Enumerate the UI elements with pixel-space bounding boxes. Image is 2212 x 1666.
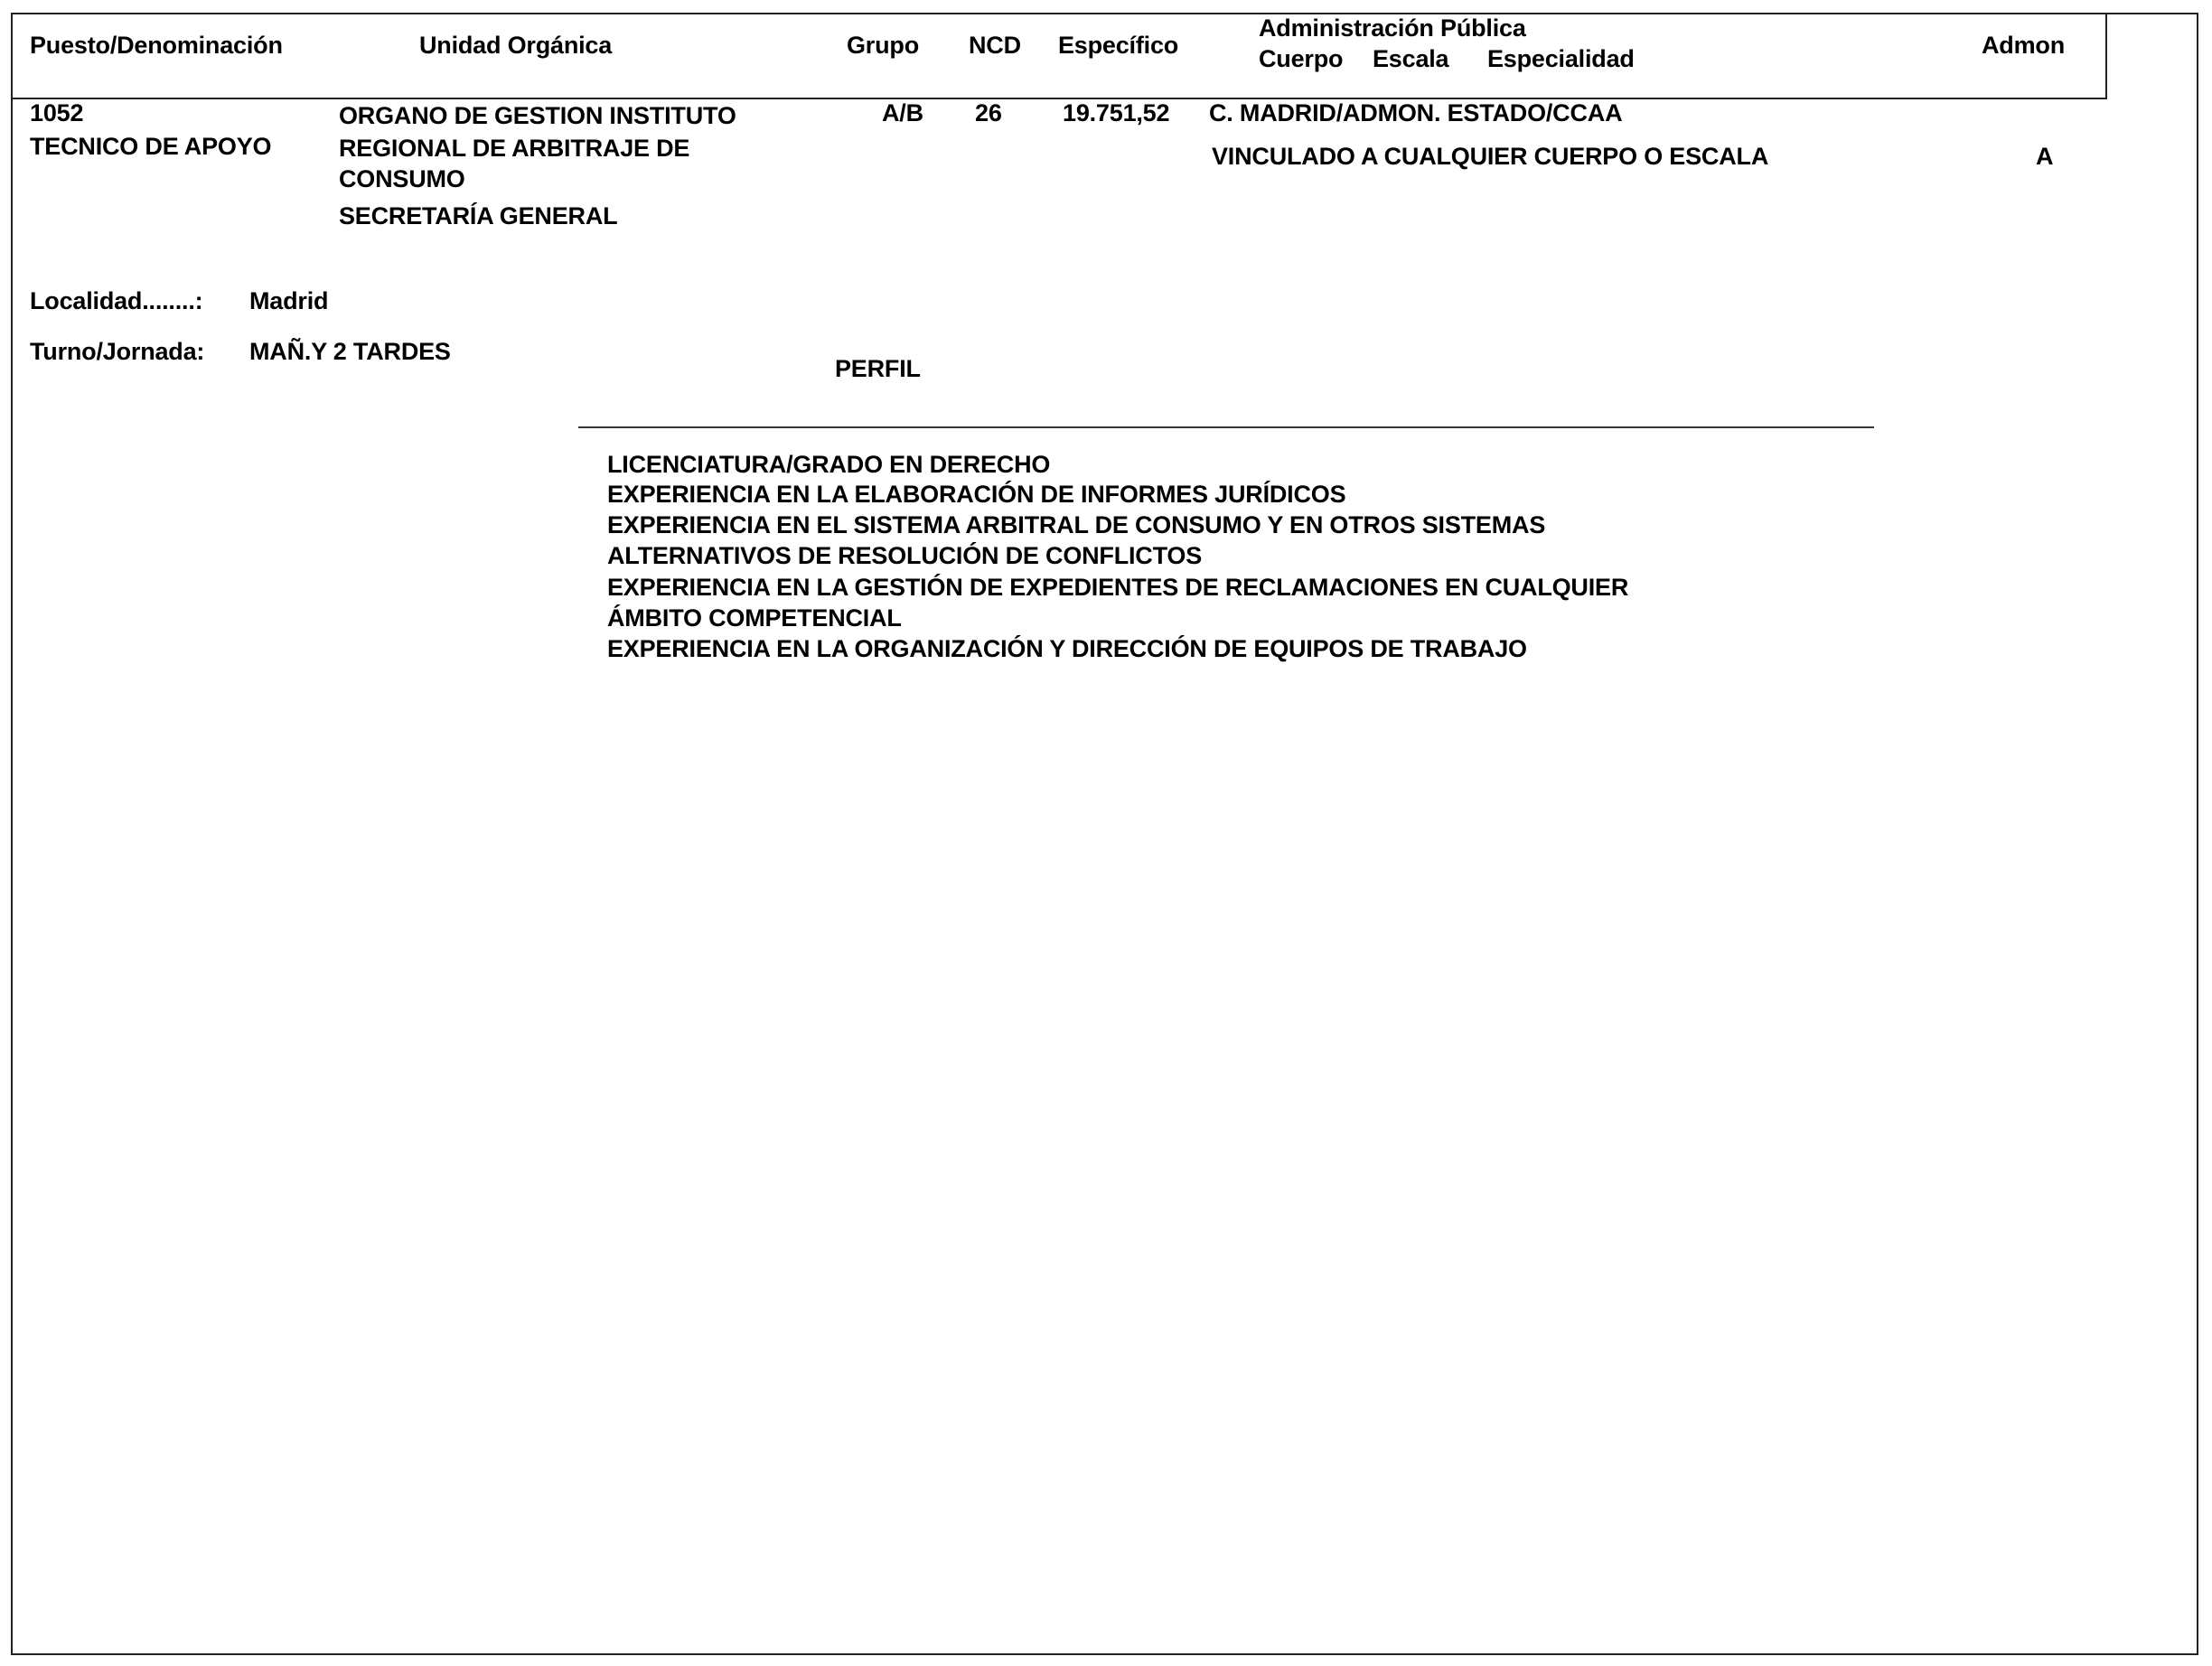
column-header-ncd: NCD — [969, 32, 1021, 59]
perfil-line: LICENCIATURA/GRADO EN DERECHO — [607, 451, 1050, 478]
perfil-divider — [578, 426, 1874, 428]
column-header-cuerpo: Cuerpo — [1259, 45, 1343, 72]
unidad-sub: SECRETARÍA GENERAL — [339, 202, 617, 229]
cuerpo-escala-value: VINCULADO A CUALQUIER CUERPO O ESCALA — [1212, 143, 1768, 170]
localidad-label: Localidad........: — [30, 287, 202, 314]
turno-value: MAÑ.Y 2 TARDES — [249, 338, 451, 365]
puesto-codigo: 1052 — [30, 99, 83, 126]
perfil-line: EXPERIENCIA EN LA ORGANIZACIÓN Y DIRECCI… — [607, 635, 1527, 662]
perfil-line: EXPERIENCIA EN LA ELABORACIÓN DE INFORME… — [607, 481, 1345, 508]
administracion-value: C. MADRID/ADMON. ESTADO/CCAA — [1209, 99, 1622, 126]
turno-label: Turno/Jornada: — [30, 338, 204, 365]
grupo-value: A/B — [882, 99, 923, 126]
perfil-line: ÁMBITO COMPETENCIAL — [607, 604, 902, 632]
admon-value: A — [2036, 143, 2053, 170]
column-header-escala: Escala — [1373, 45, 1448, 72]
unidad-line-3: CONSUMO — [339, 165, 465, 192]
perfil-line: ALTERNATIVOS DE RESOLUCIÓN DE CONFLICTOS — [607, 542, 1202, 569]
perfil-title: PERFIL — [835, 355, 921, 382]
perfil-line: EXPERIENCIA EN LA GESTIÓN DE EXPEDIENTES… — [607, 574, 1628, 601]
column-header-puesto: Puesto/Denominación — [30, 32, 283, 59]
puesto-denominacion: TECNICO DE APOYO — [30, 133, 271, 160]
localidad-value: Madrid — [249, 287, 328, 314]
especifico-value: 19.751,52 — [1063, 99, 1169, 126]
column-header-especifico: Específico — [1058, 32, 1178, 59]
column-header-administracion-publica: Administración Pública — [1259, 14, 1526, 42]
unidad-line-1: ORGANO DE GESTION INSTITUTO — [339, 102, 736, 129]
ncd-value: 26 — [975, 99, 1002, 126]
perfil-line: EXPERIENCIA EN EL SISTEMA ARBITRAL DE CO… — [607, 511, 1545, 538]
document-frame — [11, 13, 2198, 1655]
column-header-especialidad: Especialidad — [1487, 45, 1635, 72]
column-header-admon: Admon — [1982, 32, 2065, 59]
column-header-unidad: Unidad Orgánica — [419, 32, 612, 59]
column-header-grupo: Grupo — [847, 32, 919, 59]
unidad-line-2: REGIONAL DE ARBITRAJE DE — [339, 135, 689, 162]
